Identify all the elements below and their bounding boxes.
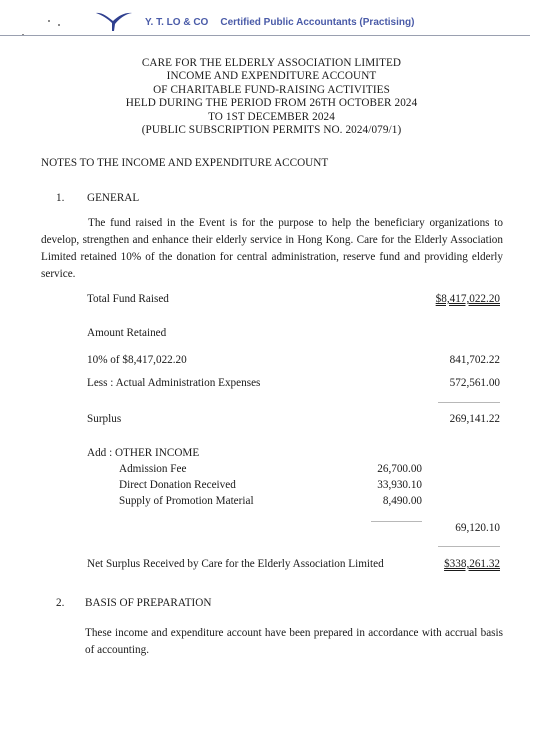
total-fund-label: Total Fund Raised (87, 293, 169, 305)
section-2-heading: BASIS OF PREPARATION (85, 597, 211, 609)
title-line: CARE FOR THE ELDERLY ASSOCIATION LIMITED (0, 57, 543, 70)
notes-heading: NOTES TO THE INCOME AND EXPENDITURE ACCO… (41, 157, 328, 169)
amount-retained-heading: Amount Retained (87, 327, 166, 339)
scan-speck (48, 20, 50, 22)
ten-percent-amount: 841,702.22 (450, 354, 500, 366)
other-income-item-label: Direct Donation Received (119, 479, 236, 491)
title-line: (PUBLIC SUBSCRIPTION PERMITS NO. 2024/07… (0, 124, 543, 137)
section-2-paragraph: These income and expenditure account hav… (85, 625, 503, 659)
less-expenses-label: Less : Actual Administration Expenses (87, 377, 260, 389)
document-title: CARE FOR THE ELDERLY ASSOCIATION LIMITED… (0, 57, 543, 137)
subtotal-rule (438, 402, 500, 403)
section-1-number: 1. (56, 192, 64, 204)
title-line: TO 1ST DECEMBER 2024 (0, 111, 543, 124)
other-income-item-label: Supply of Promotion Material (119, 495, 254, 507)
other-income-item-amount: 33,930.10 (377, 479, 422, 491)
other-income-item-amount: 8,490.00 (383, 495, 422, 507)
surplus-label: Surplus (87, 413, 121, 425)
letterhead-firm: Y. T. LO & COCertified Public Accountant… (145, 17, 414, 28)
less-expenses-amount: 572,561.00 (450, 377, 500, 389)
other-income-label: Add : OTHER INCOME (87, 447, 199, 459)
section-1-paragraph: The fund raised in the Event is for the … (41, 215, 503, 283)
total-fund-amount: $8,417,022.20 (436, 293, 500, 305)
letterhead-divider (0, 35, 530, 36)
section-1-heading: GENERAL (87, 192, 139, 204)
scan-speck (58, 24, 60, 26)
firm-name: Y. T. LO & CO (145, 17, 208, 28)
ten-percent-label: 10% of $8,417,022.20 (87, 354, 187, 366)
net-surplus-label: Net Surplus Received by Care for the Eld… (87, 558, 384, 570)
title-line: HELD DURING THE PERIOD FROM 26TH OCTOBER… (0, 97, 543, 110)
net-total-rule (438, 546, 500, 547)
other-income-total: 69,120.10 (455, 522, 500, 534)
other-income-item-label: Admission Fee (119, 463, 186, 475)
section-2-number: 2. (56, 597, 64, 609)
title-line: INCOME AND EXPENDITURE ACCOUNT (0, 70, 543, 83)
bird-logo-icon (94, 9, 134, 33)
net-surplus-amount: $338,261.32 (444, 558, 500, 570)
surplus-amount: 269,141.22 (450, 413, 500, 425)
title-line: OF CHARITABLE FUND-RAISING ACTIVITIES (0, 84, 543, 97)
other-income-item-amount: 26,700.00 (377, 463, 422, 475)
firm-description: Certified Public Accountants (Practising… (220, 17, 414, 28)
other-income-rule (371, 521, 422, 522)
